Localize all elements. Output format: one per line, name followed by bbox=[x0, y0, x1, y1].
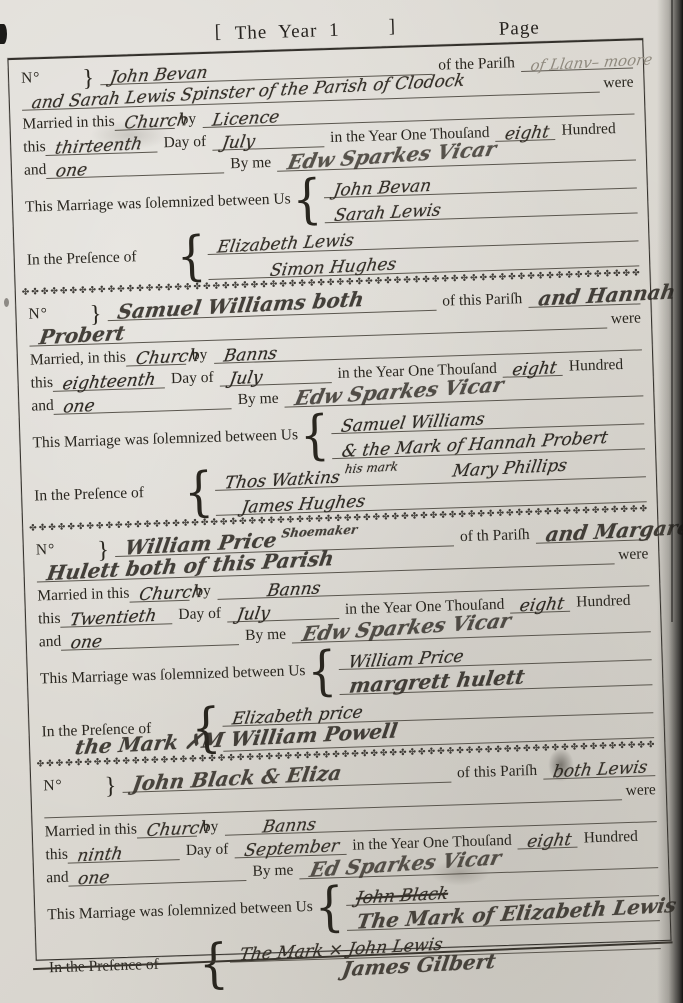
presence-label: In the Preſence of bbox=[34, 483, 182, 506]
bride-line-handwriting: Probert bbox=[38, 321, 127, 350]
brace-icon: { bbox=[176, 232, 207, 279]
marriage-entry-3: N° } William PriceShoemaker of th Pariſh… bbox=[35, 517, 654, 757]
struck-name: Hulett bbox=[45, 557, 121, 585]
occupation-note: Shoemaker bbox=[280, 522, 358, 540]
this-label: this bbox=[30, 374, 53, 393]
year-handwriting: eight bbox=[511, 358, 558, 381]
method-handwriting: Banns bbox=[265, 578, 321, 601]
edge-mark bbox=[4, 298, 9, 307]
were-label: were bbox=[625, 781, 656, 800]
brace-icon: { bbox=[292, 175, 323, 222]
solemnized-label: This Marriage was ſolemnized between Us bbox=[47, 898, 313, 924]
and-year-handwriting: one bbox=[77, 868, 111, 890]
this-label: this bbox=[23, 138, 46, 157]
were-label: were bbox=[603, 74, 634, 93]
entry-number-label: N° bbox=[36, 541, 56, 560]
presence-label: In the Preſence of bbox=[49, 954, 197, 977]
entry-number-label: N° bbox=[21, 69, 41, 88]
day-handwriting: ninth bbox=[76, 844, 124, 867]
and-label: and bbox=[39, 633, 62, 652]
by-me-label: By me bbox=[230, 154, 271, 173]
scanned-register-page: [ The Year 1 ] Page N° } John Bevan of t… bbox=[0, 0, 683, 1003]
presence-label: In the Preſence of bbox=[27, 247, 175, 270]
edge-mark bbox=[0, 24, 7, 44]
this-label: this bbox=[45, 846, 68, 865]
brace-icon: { bbox=[183, 468, 214, 515]
parish-note-handwriting: of Llanv– moore bbox=[529, 50, 654, 75]
church-handwriting: Church bbox=[134, 346, 201, 370]
solemnized-label: This Marriage was ſolemnized between Us bbox=[40, 662, 306, 688]
and-label: and bbox=[24, 161, 47, 180]
by-me-label: By me bbox=[252, 862, 293, 881]
brace-icon: { bbox=[299, 411, 330, 458]
register-form-border: N° } John Bevan of the Pariſh of Llanv– … bbox=[7, 38, 671, 961]
marriage-entry-1: N° } John Bevan of the Pariſh of Llanv– … bbox=[21, 46, 640, 286]
entry-number-label: N° bbox=[28, 305, 48, 324]
brace-icon: { bbox=[198, 939, 229, 986]
solemnized-label: This Marriage was ſolemnized between Us bbox=[32, 426, 298, 452]
entry-number-label: N° bbox=[43, 777, 63, 796]
year-handwriting: eight bbox=[519, 594, 566, 617]
year-title: The Year 1 bbox=[234, 20, 339, 45]
solemnized-label: This Marriage was ſolemnized between Us bbox=[25, 190, 291, 216]
and-label: and bbox=[31, 397, 54, 416]
by-me-label: By me bbox=[237, 390, 278, 409]
month-handwriting: July bbox=[228, 367, 264, 389]
by-me-label: By me bbox=[245, 626, 286, 645]
and-label: and bbox=[46, 869, 69, 888]
and-year-handwriting: one bbox=[70, 632, 104, 654]
year-handwriting: eight bbox=[526, 830, 573, 853]
were-label: were bbox=[611, 309, 642, 328]
year-handwriting: eight bbox=[504, 122, 551, 145]
brace-icon: { bbox=[307, 647, 338, 694]
church-handwriting: Church bbox=[123, 110, 190, 134]
month-handwriting: July bbox=[235, 603, 271, 625]
and-year-handwriting: one bbox=[62, 396, 96, 418]
year-open-bracket: [ bbox=[214, 21, 222, 43]
marriage-entry-4: N° } John Black & Eliza of this Pariſh b… bbox=[43, 753, 662, 992]
marriage-entry-2: N° } Samuel Williams both of this Pariſh… bbox=[28, 281, 647, 521]
his-mark-note: his mark bbox=[344, 459, 399, 476]
year-close-bracket: ] bbox=[388, 16, 396, 38]
witness-signature-1b: Mary Phillips bbox=[451, 455, 568, 481]
page-gutter-shadow bbox=[657, 0, 683, 1003]
month-handwriting: July bbox=[221, 132, 257, 154]
register-sheet: [ The Year 1 ] Page N° } John Bevan of t… bbox=[6, 4, 671, 961]
method-handwriting: Banns bbox=[222, 344, 278, 367]
were-label: were bbox=[618, 545, 649, 564]
method-handwriting: Banns bbox=[261, 815, 317, 838]
church-handwriting: Church bbox=[145, 818, 212, 842]
brace-icon: { bbox=[314, 883, 345, 930]
method-handwriting: Licence bbox=[210, 107, 280, 131]
page-label: Page bbox=[498, 17, 540, 40]
and-year-handwriting: one bbox=[55, 160, 89, 182]
church-handwriting: Church bbox=[138, 582, 205, 606]
this-label: this bbox=[38, 610, 61, 629]
